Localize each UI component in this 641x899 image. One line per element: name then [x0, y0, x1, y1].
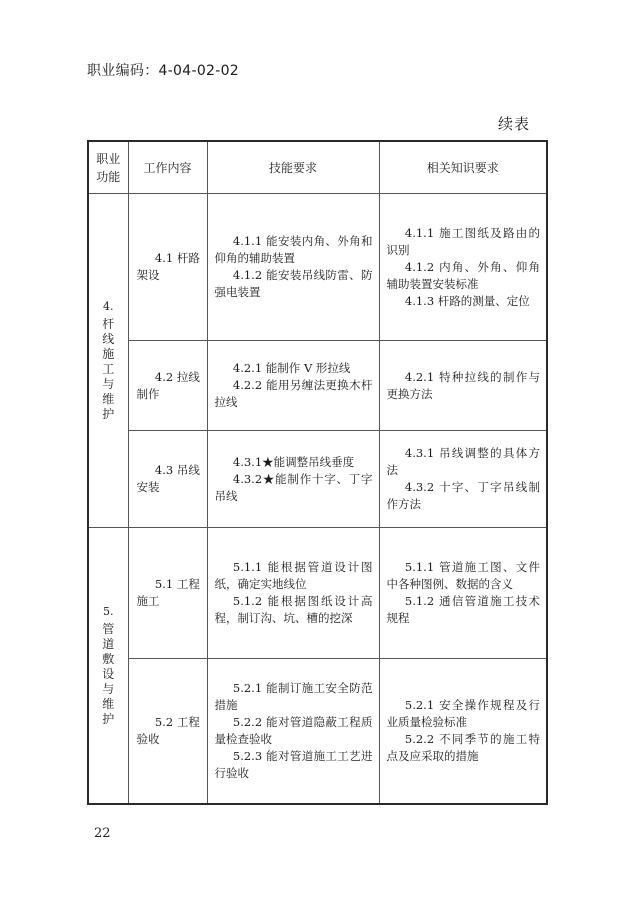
- function-name: 管道敷设与维护: [102, 622, 114, 726]
- column-header-knowledge: 相关知识要求: [379, 141, 547, 194]
- page-number: 22: [94, 826, 111, 841]
- knowledge-item: 4.1.3 杆路的测量、定位: [387, 293, 541, 310]
- skill-item: 4.1.2 能安装吊线防雷、防强电装置: [215, 267, 373, 301]
- skills-cell: 4.2.1 能制作 V 形拉线 4.2.2 能用另缠法更换木杆拉线: [207, 341, 379, 431]
- skill-item: 5.2.1 能制订施工安全防范措施: [215, 680, 373, 714]
- knowledge-cell: 5.2.1 安全操作规程及行业质量检验标准 5.2.2 不同季节的施工特点及应采…: [379, 659, 547, 805]
- skills-cell: 4.3.1★能调整吊线垂度 4.3.2★能制作十字、丁字吊线: [207, 431, 379, 528]
- knowledge-item: 4.1.2 内角、外角、仰角辅助装置安装标准: [387, 259, 541, 293]
- skill-item: 5.2.2 能对管道隐蔽工程质量检查验收: [215, 714, 373, 748]
- knowledge-cell: 4.1.1 施工图纸及路由的识别 4.1.2 内角、外角、仰角辅助装置安装标准 …: [379, 194, 547, 341]
- column-header-function: 职业功能: [88, 141, 128, 194]
- skill-item: 4.3.1★能调整吊线垂度: [215, 454, 373, 471]
- table-row: 4.2 拉线制作 4.2.1 能制作 V 形拉线 4.2.2 能用另缠法更换木杆…: [88, 341, 547, 431]
- table-row: 5.2 工程验收 5.2.1 能制订施工安全防范措施 5.2.2 能对管道隐蔽工…: [88, 659, 547, 805]
- work-content-cell: 4.2 拉线制作: [128, 341, 207, 431]
- work-content: 4.2 拉线制作: [137, 369, 201, 403]
- table-row: 4. 杆线施工与维护 4.1 杆路架设 4.1.1 能安装内角、外角和仰角的辅助…: [88, 194, 547, 341]
- function-name: 杆线施工与维护: [102, 317, 114, 421]
- skills-cell: 5.2.1 能制订施工安全防范措施 5.2.2 能对管道隐蔽工程质量检查验收 5…: [207, 659, 379, 805]
- skill-item: 5.1.1 能根据管道设计图纸，确定实地线位: [215, 559, 373, 593]
- work-content-cell: 5.1 工程施工: [128, 528, 207, 659]
- work-content: 4.1 杆路架设: [137, 250, 201, 284]
- skill-item: 5.1.2 能根据图纸设计高程，制订沟、坑、槽的挖深: [215, 593, 373, 627]
- table-row: 5. 管道敷设与维护 5.1 工程施工 5.1.1 能根据管道设计图纸，确定实地…: [88, 528, 547, 659]
- function-cell-5: 5. 管道敷设与维护: [88, 528, 128, 805]
- work-content-cell: 4.3 吊线安装: [128, 431, 207, 528]
- knowledge-item: 4.1.1 施工图纸及路由的识别: [387, 225, 541, 259]
- column-header-work-content: 工作内容: [128, 141, 207, 194]
- skill-item: 4.2.1 能制作 V 形拉线: [215, 360, 373, 377]
- skill-item: 4.2.2 能用另缠法更换木杆拉线: [215, 377, 373, 411]
- work-content: 5.2 工程验收: [137, 714, 201, 748]
- knowledge-item: 4.2.1 特种拉线的制作与更换方法: [387, 369, 541, 403]
- skills-cell: 4.1.1 能安装内角、外角和仰角的辅助装置 4.1.2 能安装吊线防雷、防强电…: [207, 194, 379, 341]
- work-content-cell: 5.2 工程验收: [128, 659, 207, 805]
- work-content: 4.3 吊线安装: [137, 462, 201, 496]
- function-cell-4: 4. 杆线施工与维护: [88, 194, 128, 528]
- skill-item: 5.2.3 能对管道施工工艺进行验收: [215, 748, 373, 782]
- occupation-code: 职业编码：4-04-02-02: [87, 60, 239, 80]
- work-content-cell: 4.1 杆路架设: [128, 194, 207, 341]
- knowledge-item: 5.1.2 通信管道施工技术规程: [387, 593, 541, 627]
- knowledge-item: 5.1.1 管道施工图、文件中各种图例、数据的含义: [387, 559, 541, 593]
- skills-requirements-table: 职业功能 工作内容 技能要求 相关知识要求 4. 杆线施工与维护 4.1 杆路架…: [87, 140, 548, 805]
- skills-cell: 5.1.1 能根据管道设计图纸，确定实地线位 5.1.2 能根据图纸设计高程，制…: [207, 528, 379, 659]
- table-header-row: 职业功能 工作内容 技能要求 相关知识要求: [88, 141, 547, 194]
- column-header-skills: 技能要求: [207, 141, 379, 194]
- knowledge-item: 4.3.1 吊线调整的具体方法: [387, 445, 541, 479]
- knowledge-cell: 5.1.1 管道施工图、文件中各种图例、数据的含义 5.1.2 通信管道施工技术…: [379, 528, 547, 659]
- knowledge-cell: 4.3.1 吊线调整的具体方法 4.3.2 十字、丁字吊线制作方法: [379, 431, 547, 528]
- function-number: 5.: [101, 604, 115, 619]
- function-number: 4.: [101, 299, 115, 314]
- knowledge-item: 5.2.2 不同季节的施工特点及应采取的措施: [387, 731, 541, 765]
- knowledge-cell: 4.2.1 特种拉线的制作与更换方法: [379, 341, 547, 431]
- skill-item: 4.3.2★能制作十字、丁字吊线: [215, 471, 373, 505]
- continued-table-label: 续表: [498, 113, 530, 134]
- work-content: 5.1 工程施工: [137, 576, 201, 610]
- knowledge-item: 5.2.1 安全操作规程及行业质量检验标准: [387, 697, 541, 731]
- skill-item: 4.1.1 能安装内角、外角和仰角的辅助装置: [215, 233, 373, 267]
- knowledge-item: 4.3.2 十字、丁字吊线制作方法: [387, 479, 541, 513]
- table-row: 4.3 吊线安装 4.3.1★能调整吊线垂度 4.3.2★能制作十字、丁字吊线 …: [88, 431, 547, 528]
